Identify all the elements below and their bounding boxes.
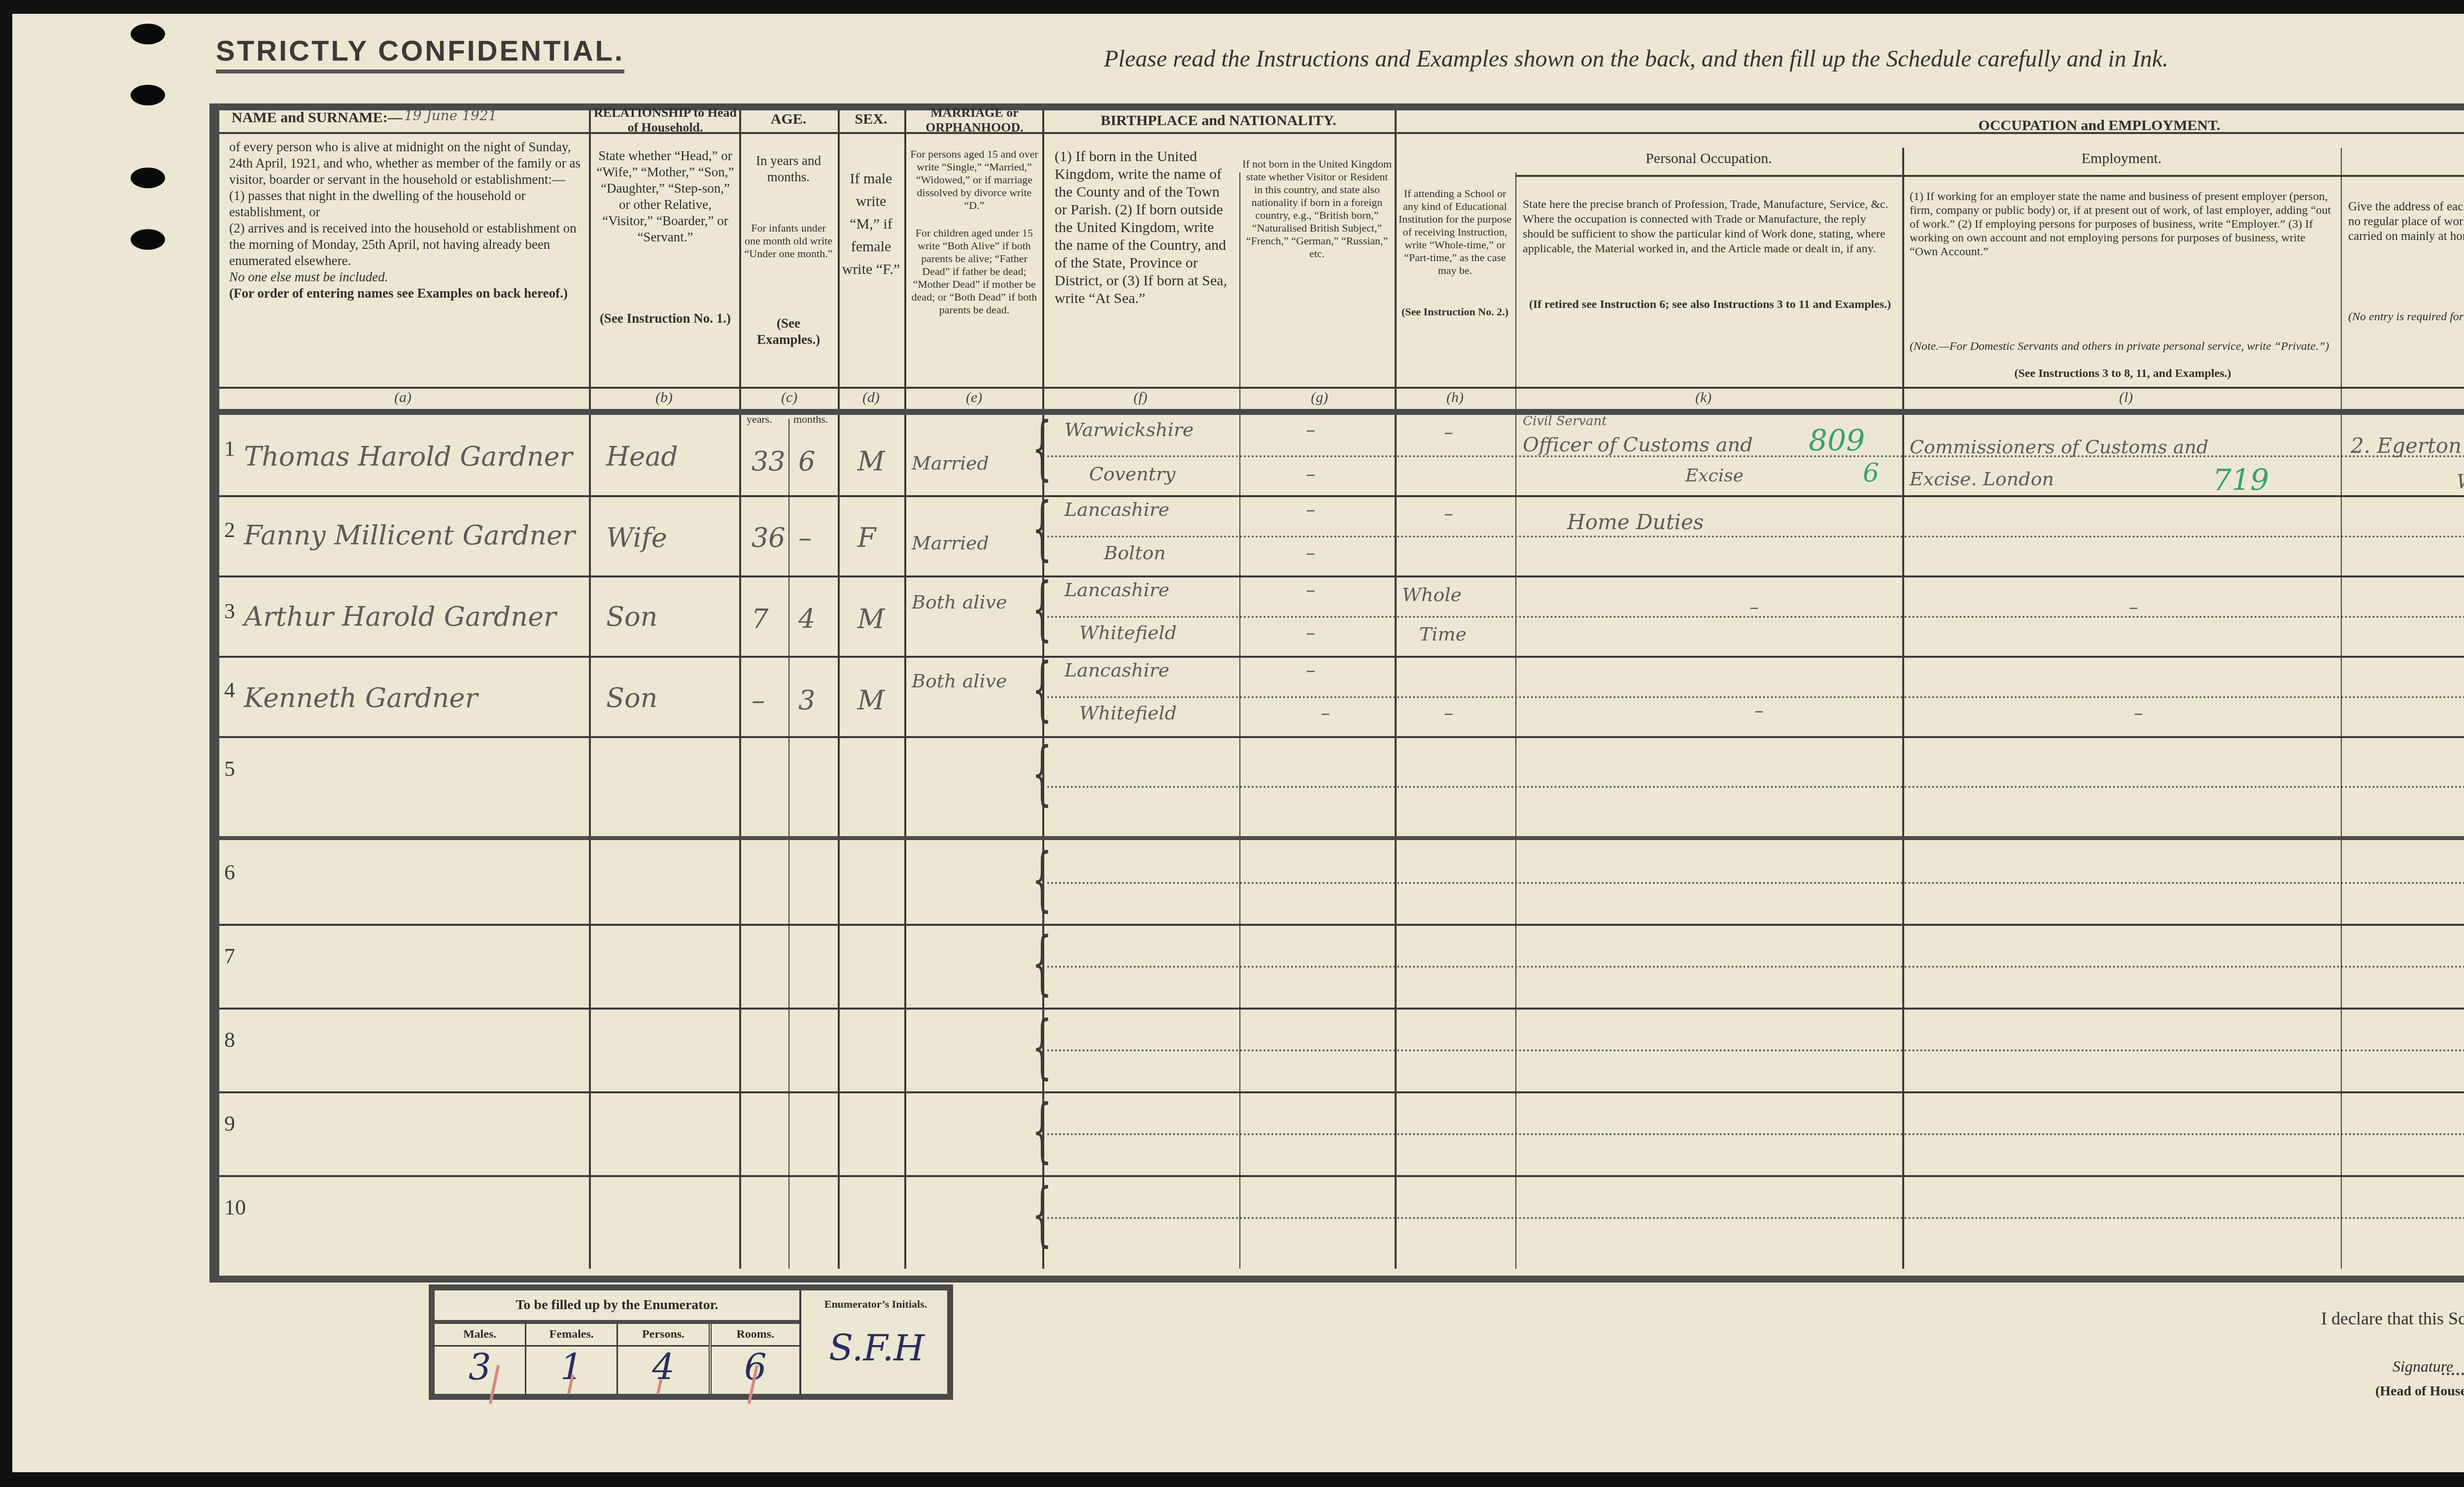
row-number: 10 (224, 1195, 246, 1220)
person-sex: M (857, 685, 885, 716)
age-months: 6 (798, 446, 815, 477)
col-c-note: For infants under one month old write “U… (744, 222, 833, 260)
row-rule (219, 575, 2464, 577)
punch-hole (131, 229, 165, 250)
sub-rule (1047, 1049, 2464, 1051)
nationality: – (1306, 419, 1315, 440)
sub-rule (1047, 966, 2464, 968)
person-relationship: Wife (606, 522, 667, 553)
brace-icon: { (1032, 739, 1052, 808)
col-b-note: (See Instruction No. 1.) (596, 310, 734, 327)
col-d-letter: (d) (862, 389, 880, 406)
col-c-body: In years and months. (744, 153, 833, 185)
marriage-status: Married (912, 532, 989, 554)
col-divider (904, 110, 906, 1269)
sub-rule (1047, 455, 2464, 457)
col-divider (838, 110, 840, 1269)
nationality: – (1306, 463, 1315, 485)
marriage-status: Married (912, 452, 989, 474)
fill-instructions: Please read the Instructions and Example… (1104, 45, 2168, 72)
rooms-cell: Rooms.6 (712, 1324, 799, 1394)
row-number: 9 (224, 1111, 235, 1136)
date-annotation: 19 June 1921 (404, 107, 497, 124)
occupation-code-2: 6 (1863, 458, 1879, 488)
sub-rule (1047, 696, 2464, 698)
person-sex: M (857, 446, 885, 477)
col-a-body-3: (2) arrives and is received into the hou… (229, 220, 584, 269)
sub-rule (1047, 536, 2464, 538)
col-g-body: If not born in the United Kingdom state … (1242, 158, 1392, 260)
males-label: Males. (435, 1324, 525, 1347)
col-a-body-2: (1) passes that night in the dwelling of… (229, 188, 584, 220)
birth-county: Warwickshire (1064, 419, 1194, 440)
birth-town: Coventry (1089, 463, 1175, 485)
row-number: 2 (224, 517, 235, 542)
nationality: – (1306, 499, 1315, 520)
marriage-status: Both alive (912, 591, 1007, 613)
col-b-body: State whether “Head,” or “Wife,” “Mother… (596, 148, 734, 245)
col-h-note: (See Instruction No. 2.) (1397, 305, 1513, 318)
brace-icon: { (1032, 1096, 1052, 1165)
row-rule (219, 1091, 2464, 1093)
workplace-line: 2. Egerton Rd (2351, 434, 2464, 458)
col-l-title: Employment. (1902, 150, 2341, 167)
employment-line: Commissioners of Customs and (1910, 436, 2208, 458)
education-2: Time (1419, 623, 1467, 645)
education: – (1444, 503, 1453, 524)
birth-county: Lancashire (1064, 499, 1169, 520)
age-years: 7 (752, 604, 768, 635)
age-years: 33 (752, 446, 786, 477)
birth-town: Whitefield (1079, 622, 1177, 643)
col-a-title: NAME and SURNAME:— (232, 109, 403, 126)
row-number: 6 (224, 860, 235, 885)
birth-town: Whitefield (1079, 702, 1177, 724)
col-b-letter: (b) (655, 389, 673, 406)
col-d-title: SEX. (838, 111, 904, 128)
enumerator-box: To be filled up by the Enumerator. Enume… (429, 1284, 953, 1400)
sub-rule (1047, 1217, 2464, 1219)
col-l-note-italic: (Note.—For Domestic Servants and others … (1910, 340, 2336, 353)
col-k-note: (If retired see Instruction 6; see also … (1523, 298, 1897, 311)
row-number: 7 (224, 944, 235, 969)
col-a-letter: (a) (394, 389, 411, 406)
punch-hole (131, 24, 165, 44)
col-a-note: (For order of entering names see Example… (229, 285, 584, 302)
occupation-line: Excise (1685, 466, 1744, 486)
males-cell: Males.3 (435, 1324, 526, 1394)
signature-note: (Head of Household, Manager of Establish… (2375, 1384, 2464, 1399)
header-rule-thick (219, 409, 2464, 415)
employment-code: 719 (2213, 463, 2269, 498)
rooms-label: Rooms. (712, 1324, 799, 1347)
age-years-label: years. (747, 413, 772, 426)
age-years: 36 (752, 522, 786, 553)
col-divider (739, 110, 741, 1269)
education: Whole (1402, 584, 1462, 606)
col-a-body: of every person who is alive at midnight… (229, 139, 584, 302)
col-fg-title: BIRTHPLACE and NATIONALITY. (1042, 112, 1395, 129)
col-e-body2: For children aged under 15 write “Both A… (908, 227, 1041, 316)
row-number: 4 (224, 677, 235, 703)
col-d-body: If male write “M,” if female write “F.” (840, 168, 902, 281)
col-divider (1395, 110, 1397, 1269)
col-k-letter: (k) (1695, 389, 1711, 406)
nationality: – (1321, 702, 1330, 724)
col-c-letter: (c) (781, 389, 797, 406)
employment-line: Excise. London (1910, 468, 2054, 490)
person-relationship: Son (606, 601, 657, 632)
persons-cell: Persons.4 (618, 1324, 711, 1394)
col-e-letter: (e) (966, 389, 982, 406)
occupation-line: – (1754, 700, 1764, 721)
col-k-title: Personal Occupation. (1515, 150, 1902, 167)
brace-icon: { (1032, 414, 1052, 483)
col-e-title: MARRIAGE or ORPHANHOOD. (907, 105, 1042, 135)
row-rule (219, 1175, 2464, 1177)
sub-rule (1047, 882, 2464, 884)
age-months: – (798, 522, 812, 553)
col-divider (1902, 148, 1904, 1269)
header-rule (1515, 175, 2464, 177)
employment-line: – (2134, 702, 2143, 724)
col-divider (1515, 172, 1516, 1269)
col-h-body: If attending a School or any kind of Edu… (1397, 187, 1513, 277)
col-m-title: Place of Work. (2341, 150, 2464, 167)
col-m-body: Give the address of each person’s place … (2348, 200, 2464, 244)
person-relationship: Head (606, 441, 678, 472)
col-e-body: For persons aged 15 and over write “Sing… (908, 148, 1041, 212)
punch-hole (131, 85, 165, 105)
person-name: Kenneth Gardner (244, 682, 478, 713)
brace-icon: { (1032, 1180, 1052, 1249)
col-m-note: (No entry is required for any person who… (2348, 310, 2464, 323)
persons-label: Persons. (618, 1324, 708, 1347)
col-divider (799, 1290, 801, 1394)
col-divider (589, 110, 591, 1269)
occupation-line: – (1749, 596, 1759, 618)
col-divider (2341, 148, 2342, 1269)
signature-line (2442, 1373, 2464, 1375)
row-number: 5 (224, 756, 235, 781)
row-rule (219, 924, 2464, 926)
sub-rule (1047, 1133, 2464, 1135)
age-years: – (752, 685, 765, 716)
col-b-title: RELATIONSHIP to Head of Household. (591, 105, 739, 135)
person-name: Arthur Harold Gardner (244, 601, 556, 632)
nationality: – (1306, 659, 1315, 681)
workplace-line: Whitefield Lancs (2457, 471, 2464, 493)
brace-icon: { (1032, 655, 1052, 724)
row-number: 8 (224, 1027, 235, 1052)
occupation-code: 809 (1809, 424, 1865, 458)
birth-town: Bolton (1104, 542, 1166, 564)
marriage-status: Both alive (912, 670, 1007, 692)
employment-line: – (2129, 596, 2138, 618)
row-rule (219, 495, 2464, 497)
col-occ-title: OCCUPATION and EMPLOYMENT. (1515, 117, 2464, 134)
nationality: – (1306, 579, 1315, 601)
occupation-line: Officer of Customs and (1523, 434, 1753, 456)
declaration-text: I declare that this Schedule is correctl… (2321, 1308, 2464, 1329)
males-value: 3 (435, 1347, 525, 1388)
age-months: 3 (798, 685, 815, 716)
col-divider (1239, 172, 1240, 1269)
enumerator-initials: S.F.H (829, 1327, 924, 1369)
row-rule (219, 1008, 2464, 1010)
col-a-body-1: of every person who is alive at midnight… (229, 139, 584, 188)
person-name: Thomas Harold Gardner (244, 441, 572, 472)
persons-value: 4 (618, 1347, 708, 1388)
enumerator-initials-label: Enumerator’s Initials. (804, 1298, 947, 1311)
row-rule (219, 656, 2464, 658)
col-divider (788, 419, 789, 1269)
col-l-letter: (l) (2119, 389, 2133, 406)
col-f-letter: (f) (1133, 389, 1147, 406)
age-months: 4 (798, 604, 815, 635)
col-h-letter: (h) (1446, 389, 1464, 406)
punch-hole (131, 168, 165, 188)
brace-icon: { (1032, 494, 1052, 563)
person-sex: M (857, 604, 885, 635)
females-label: Females. (526, 1324, 616, 1347)
education: – (1444, 702, 1453, 724)
occupation-line: Home Duties (1567, 510, 1704, 534)
person-sex: F (857, 522, 876, 553)
header-rule (219, 387, 2464, 389)
col-l-note: (See Instructions 3 to 8, 11, and Exampl… (1910, 367, 2336, 380)
col-c-see: (See Examples.) (744, 315, 833, 348)
education: – (1444, 421, 1453, 443)
person-relationship: Son (606, 682, 657, 713)
col-k-body: State here the precise branch of Profess… (1523, 197, 1897, 256)
brace-icon: { (1032, 575, 1052, 643)
page-title: STRICTLY CONFIDENTIAL. (216, 34, 624, 73)
sub-rule (1047, 786, 2464, 788)
brace-icon: { (1032, 929, 1052, 998)
col-l-body: (1) If working for an employer state the… (1910, 190, 2336, 259)
col-f-body: (1) If born in the United Kingdom, write… (1055, 148, 1234, 307)
brace-icon: { (1032, 1013, 1052, 1081)
col-g-letter: (g) (1311, 389, 1328, 406)
row-rule-thick (219, 836, 2464, 840)
row-number: 3 (224, 599, 235, 624)
col-c-title: AGE. (739, 111, 838, 128)
row-number: 1 (224, 436, 235, 461)
nationality: – (1306, 622, 1315, 643)
birth-county: Lancashire (1064, 579, 1169, 601)
row-rule (219, 736, 2464, 738)
nationality: – (1306, 542, 1315, 564)
birth-county: Lancashire (1064, 659, 1169, 681)
age-months-label: months. (793, 413, 828, 426)
enumerator-counts: Males.3 Females.1 Persons.4 Rooms.6 (435, 1324, 799, 1394)
person-name: Fanny Millicent Gardner (244, 520, 575, 551)
col-a-note-italic: No one else must be included. (229, 269, 584, 285)
occupation-line: Civil Servant (1523, 414, 1607, 429)
brace-icon: { (1032, 845, 1052, 914)
enumerator-box-header: To be filled up by the Enumerator. (435, 1290, 799, 1324)
